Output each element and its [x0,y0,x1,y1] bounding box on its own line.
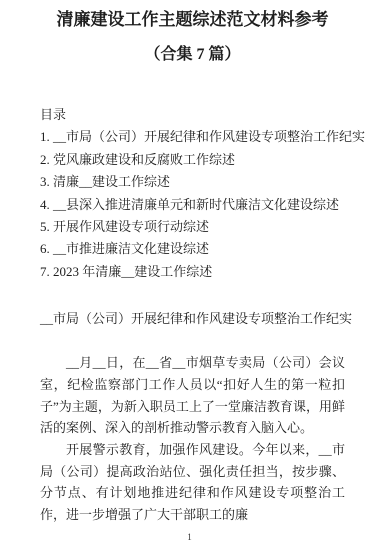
toc-item-7: 7. 2023 年清廉__建设工作综述 [40,261,345,283]
article-paragraph-2: 开展警示教育，加强作风建设。今年以来，__市局（公司）提高政治站位、强化责任担当… [40,439,345,526]
page-number: 1 [0,532,379,542]
article-section: __市局（公司）开展纪律和作风建设专项整治工作纪实 __月__日，在__省__市… [40,308,345,526]
toc-item-6: 6. __市推进廉洁文化建设综述 [40,238,345,260]
toc-item-4: 4. __县深入推进清廉单元和新时代廉洁文化建设综述 [40,194,345,216]
article-paragraph-1: __月__日，在__省__市烟草专卖局（公司）会议室，纪检监察部门工作人员以“扣… [40,352,345,439]
article-heading: __市局（公司）开展纪律和作风建设专项整治工作纪实 [40,308,345,330]
toc-item-5: 5. 开展作风建设专项行动综述 [40,216,345,238]
document-title: 清廉建设工作主题综述范文材料参考 [40,8,345,32]
toc-item-2: 2. 党风廉政建设和反腐败工作综述 [40,149,345,171]
table-of-contents: 目录 1. __市局（公司）开展纪律和作风建设专项整治工作纪实 2. 党风廉政建… [40,104,345,283]
document-page: 清廉建设工作主题综述范文材料参考 （合集 7 篇） 目录 1. __市局（公司）… [0,0,379,550]
toc-item-3: 3. 清廉__建设工作综述 [40,171,345,193]
toc-header: 目录 [40,104,345,126]
toc-item-1: 1. __市局（公司）开展纪律和作风建设专项整治工作纪实 [40,126,345,148]
document-subtitle: （合集 7 篇） [40,44,345,66]
